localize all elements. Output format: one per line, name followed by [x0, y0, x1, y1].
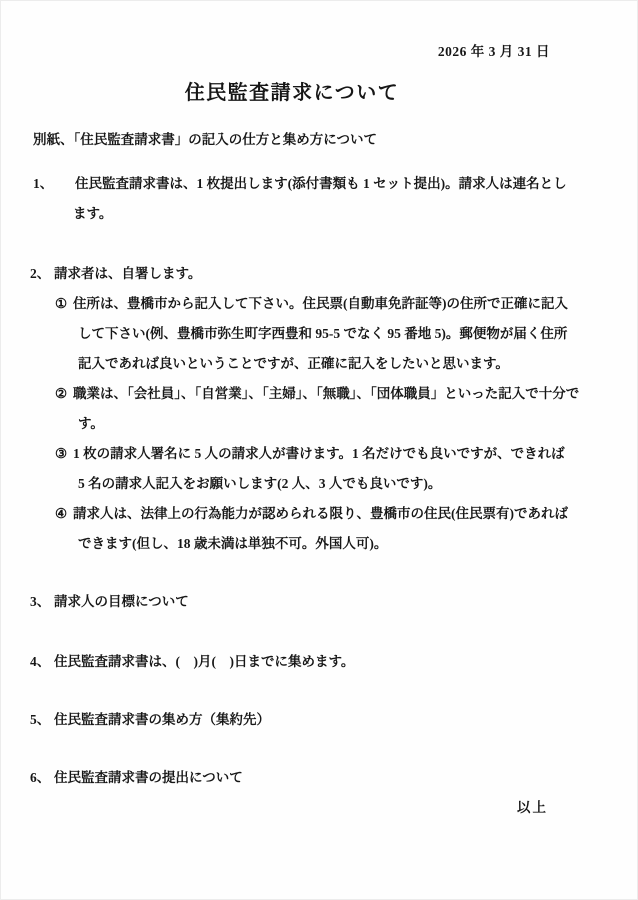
item-5-text: 住民監査請求書の集め方（集約先）	[54, 712, 270, 727]
subitem-1-text: 住所は、豊橋市から記入して下さい。住民票(自動車免許証等)の住所で正確に記入	[73, 296, 568, 311]
subitem-4-line-2: できます(但し、18 歳未満は単独不可。外国人可)。	[55, 529, 638, 559]
closing-ijou: 以上	[0, 793, 638, 823]
item-6-marker: 6、	[30, 763, 54, 793]
subitem-3-marker: ③	[55, 439, 73, 469]
item-3-text: 請求人の目標について	[54, 594, 189, 609]
subitem-1-line-1: ①住所は、豊橋市から記入して下さい。住民票(自動車免許証等)の住所で正確に記入	[55, 289, 638, 319]
circled-subitem-2: ②職業は、「会社員」、「自営業」、「主婦」、「無職」、「団体職員」といった記入で…	[55, 379, 638, 439]
item-1-line-2: ます。	[33, 199, 638, 229]
item-4-marker: 4、	[30, 647, 54, 677]
circled-subitem-3: ③1 枚の請求人署名に 5 人の請求人が書けます。1 名だけでも良いですが、でき…	[55, 439, 638, 499]
subitem-4-text: 請求人は、法律上の行為能力が認められる限り、豊橋市の住民(住民票有)であれば	[73, 506, 568, 521]
subitem-3-text: 1 枚の請求人署名に 5 人の請求人が書けます。1 名だけでも良いですが、できれ…	[73, 446, 565, 461]
item-1-marker: 1、	[33, 169, 75, 199]
numbered-item-6: 6、住民監査請求書の提出について	[30, 763, 638, 793]
document-page: 2026 年 3 月 31 日 住民監査請求について 別紙、「住民監査請求書」の…	[0, 0, 638, 900]
subitem-2-line-1: ②職業は、「会社員」、「自営業」、「主婦」、「無職」、「団体職員」といった記入で…	[55, 379, 638, 409]
circled-subitem-1: ①住所は、豊橋市から記入して下さい。住民票(自動車免許証等)の住所で正確に記入 …	[55, 289, 638, 379]
subitem-2-text: 職業は、「会社員」、「自営業」、「主婦」、「無職」、「団体職員」といった記入で十…	[73, 386, 579, 401]
item-1-text: 住民監査請求書は、1 枚提出します(添付書類も 1 セット提出)。請求人は連名と…	[75, 176, 567, 191]
numbered-item-4: 4、住民監査請求書は、( )月( )日までに集めます。	[30, 647, 638, 677]
intro-line: 別紙、「住民監査請求書」の記入の仕方と集め方について	[33, 125, 638, 155]
page-title: 住民監査請求について	[0, 78, 584, 108]
numbered-item-1: 1、住民監査請求書は、1 枚提出します(添付書類も 1 セット提出)。請求人は連…	[33, 169, 638, 229]
subitem-4-line-1: ④請求人は、法律上の行為能力が認められる限り、豊橋市の住民(住民票有)であれば	[55, 499, 638, 529]
subitem-2-marker: ②	[55, 379, 73, 409]
subitem-4-marker: ④	[55, 499, 73, 529]
circled-subitem-4: ④請求人は、法律上の行為能力が認められる限り、豊橋市の住民(住民票有)であれば …	[55, 499, 638, 559]
subitem-3-line-1: ③1 枚の請求人署名に 5 人の請求人が書けます。1 名だけでも良いですが、でき…	[55, 439, 638, 469]
subitem-2-line-2: す。	[55, 409, 638, 439]
subitem-1-line-2: して下さい(例、豊橋市弥生町字西豊和 95-5 でなく 95 番地 5)。郵便物…	[55, 319, 638, 349]
item-2-heading: 請求者は、自署します。	[54, 266, 201, 281]
subitem-1-marker: ①	[55, 289, 73, 319]
numbered-item-2: 2、請求者は、自署します。	[30, 259, 638, 289]
subitem-1-line-3: 記入であれば良いということですが、正確に記入をしたいと思います。	[55, 349, 638, 379]
item-1-line-1: 1、住民監査請求書は、1 枚提出します(添付書類も 1 セット提出)。請求人は連…	[33, 169, 638, 199]
numbered-item-5: 5、住民監査請求書の集め方（集約先）	[30, 705, 638, 735]
item-4-text: 住民監査請求書は、( )月( )日までに集めます。	[54, 654, 354, 669]
document-date: 2026 年 3 月 31 日	[0, 37, 638, 67]
numbered-item-3: 3、請求人の目標について	[30, 587, 638, 617]
item-3-marker: 3、	[30, 587, 54, 617]
item-6-text: 住民監査請求書の提出について	[54, 770, 243, 785]
item-5-marker: 5、	[30, 705, 54, 735]
item-2-marker: 2、	[30, 259, 54, 289]
subitem-3-line-2: 5 名の請求人記入をお願いします(2 人、3 人でも良いです)。	[55, 469, 638, 499]
